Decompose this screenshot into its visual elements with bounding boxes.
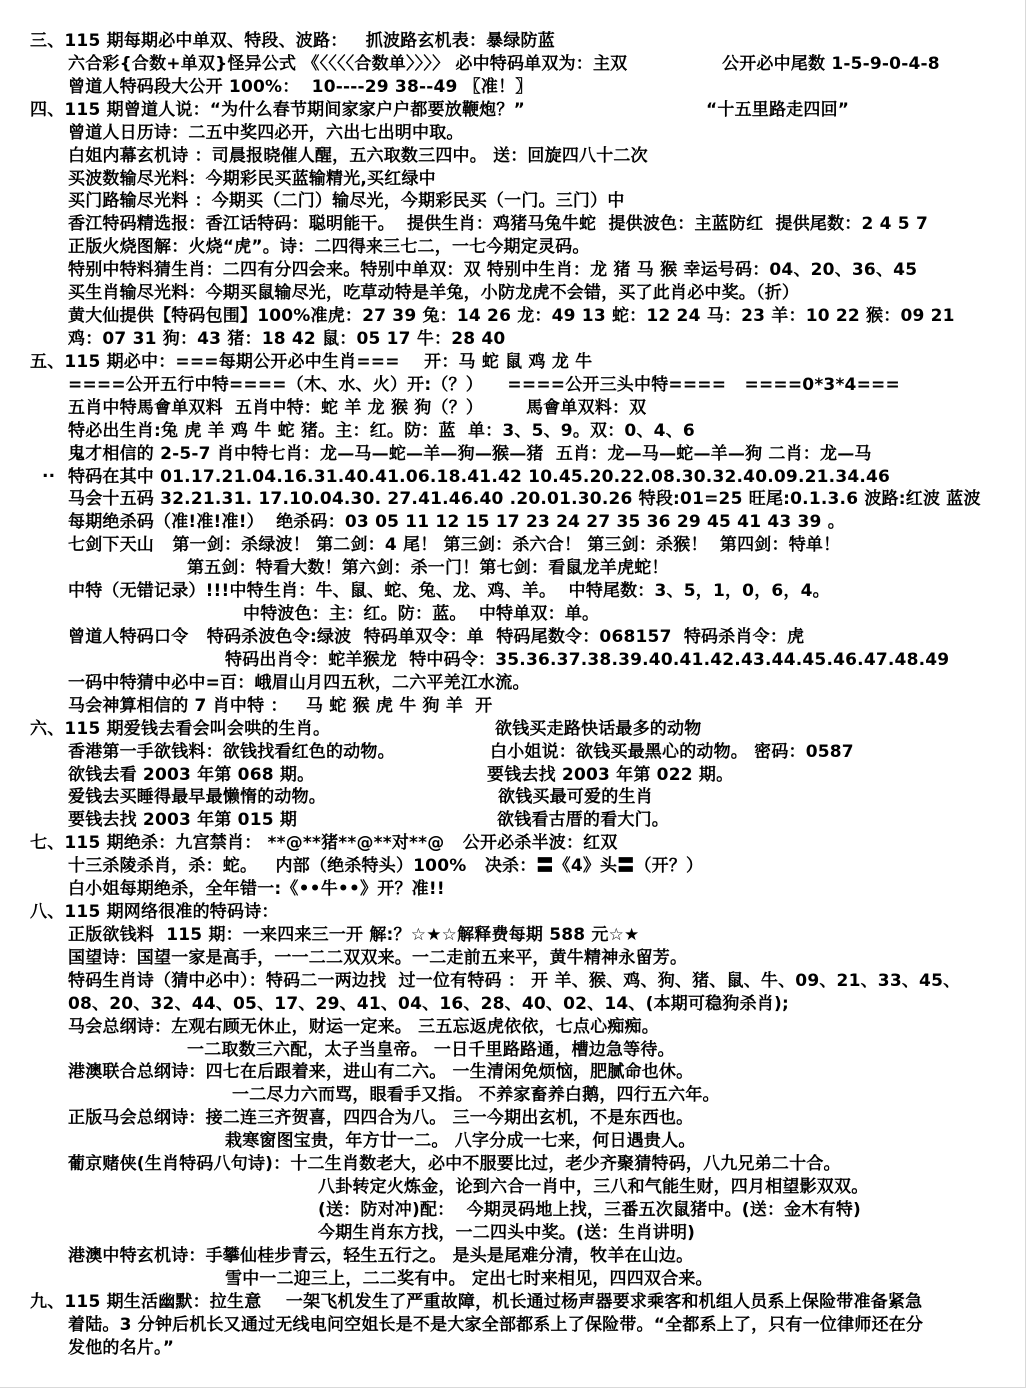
text-line: 五、115 期必中：===每期公开必中生肖=== 开：马 蛇 鼠 鸡 龙 牛 — [0, 347, 1025, 370]
text-segment: 马会十五码 32.21.31. 17.10.04.30. 27.41.46.40… — [68, 484, 981, 509]
text-segment: 国望诗：国望一家是高手，一一二二双双来。一二走前五来平，黄牛精神永留芳。 — [68, 943, 687, 968]
text-segment: 爱钱去买睡得最早最懒惰的动物。 — [68, 782, 326, 807]
text-line: 一二取数三六配，太子当皇帝。 一日千里路路通，槽边急等待。 — [0, 1035, 1025, 1058]
text-line: 葡京赌侠(生肖特码八句诗)：十二生肖数老大，必中不服要比过，老少齐聚猜特码，八九… — [0, 1149, 1025, 1172]
text-segment: 买波数输尽光料：今期彩民买蓝输精光,买红绿中 — [68, 164, 436, 189]
text-line: 八卦转定火炼金，论到六合一肖中，三八和气能生财，四月相望影双双。 — [0, 1172, 1025, 1195]
text-segment: 今期生肖东方找，一二四头中奖。(送：生肖讲明) — [318, 1218, 695, 1243]
text-line: 国望诗：国望一家是高手，一一二二双双来。一二走前五来平，黄牛精神永留芳。 — [0, 943, 1025, 966]
text-segment: 马会神算相信的 7 肖中特 ： 马 蛇 猴 虎 牛 狗 羊 开 — [68, 691, 493, 716]
text-line: 一码中特猜中必中=百：峨眉山月四五秋，二六平羌江水流。 — [0, 668, 1025, 691]
text-segment: 特码在其中 01.17.21.04.16.31.40.41.06.18.41.4… — [68, 462, 890, 487]
text-line: 中特（无错记录）!!!中特生肖：牛、鼠、蛇、兔、龙、鸡、羊。 中特尾数：3、5，… — [0, 576, 1025, 599]
text-segment: 中特（无错记录）!!!中特生肖：牛、鼠、蛇、兔、龙、鸡、羊。 中特尾数：3、5，… — [68, 576, 830, 601]
text-line: 买门路输尽光料 ：今期买（二门）输尽光，今期彩民买（一门。三门）中 — [0, 186, 1025, 209]
text-line: 雪中一二迎三上，二二奖有中。 定出七时来相见，四四双合来。 — [0, 1264, 1025, 1287]
text-line: 鬼才相信的 2-5-7 肖中特七肖：龙—马—蛇—羊—狗—猴—猪 五肖：龙—马—蛇… — [0, 439, 1025, 462]
text-line: 栽寒窗图宝贵，年方廿一二。 八字分成一七来，何日遇贵人。 — [0, 1126, 1025, 1149]
text-segment: 港澳中特玄机诗：手攀仙桂步青云，轻生五行之。 是头是尾难分清，牧羊在山边。 — [68, 1241, 693, 1266]
text-segment: 十三杀陵杀肖，杀：蛇。 内部（绝杀特头）100% 决杀：〓《4》头〓（开？） — [68, 851, 703, 876]
text-line: 中特波色：主：红。防：蓝。 中特单双：单。 — [0, 599, 1025, 622]
text-segment: 八卦转定火炼金，论到六合一肖中，三八和气能生财，四月相望影双双。 — [318, 1172, 868, 1197]
text-line: 着陆。3 分钟后机长又通过无线电问空姐长是不是大家全部都系上了保险带。“全都系上… — [0, 1310, 1025, 1333]
text-line: 特码出肖令：蛇羊猴龙 特中码令：35.36.37.38.39.40.41.42.… — [0, 645, 1025, 668]
text-segment: 着陆。3 分钟后机长又通过无线电问空姐长是不是大家全部都系上了保险带。“全都系上… — [68, 1310, 923, 1335]
text-line: 正版马会总纲诗：接二连三齐贺喜，四四合为八。 三一今期出玄机，不是东西也。 — [0, 1103, 1025, 1126]
text-line: 三、115 期每期必中单双、特段、波路： 抓波路玄机表：暴绿防蓝 — [0, 26, 1025, 49]
document-body: 三、115 期每期必中单双、特段、波路： 抓波路玄机表：暴绿防蓝六合彩{合数+单… — [0, 26, 1025, 1355]
text-line: 五肖中特馬會单双料 五肖中特：蛇 羊 龙 猴 狗（？） 馬會单双料：双 — [0, 393, 1025, 416]
text-line: 发他的名片。” — [0, 1333, 1025, 1356]
text-line: 鸡：07 31 狗：43 猪：18 42 鼠：05 17 牛：28 40 — [0, 324, 1025, 347]
text-line: 港澳联合总纲诗：四七在后跟着来，进山有二六。 一生清闲免烦恼，肥腻命也休。 — [0, 1057, 1025, 1080]
text-segment: 七、115 期绝杀：九宫禁肖： **@**猪**@**对**@ 公开必杀半波：红… — [30, 828, 618, 853]
text-segment: 白小姐说：欲钱买最黑心的动物。 密码：0587 — [490, 737, 854, 762]
text-segment: 一二取数三六配，太子当皇帝。 一日千里路路通，槽边急等待。 — [187, 1035, 675, 1060]
text-line: 曾道人特码段大公开 100%： 10----29 38--49 〖准！〗 — [0, 72, 1025, 95]
text-line: 白小姐每期绝杀，全年错一:《••牛••》开？准!! — [0, 874, 1025, 897]
text-segment: 五、115 期必中：===每期公开必中生肖=== 开：马 蛇 鼠 鸡 龙 牛 — [30, 347, 592, 372]
text-segment: 鸡：07 31 狗：43 猪：18 42 鼠：05 17 牛：28 40 — [68, 324, 505, 349]
text-segment: 08、20、32、44、05、17、29、41、04、16、28、40、02、1… — [68, 989, 789, 1014]
text-line: 香港第一手欲钱料：欲钱找看红色的动物。白小姐说：欲钱买最黑心的动物。 密码：05… — [0, 737, 1025, 760]
text-line: 白姐内幕玄机诗 ：司晨报晓催人醒，五六取数三四中。 送：回旋四八十二次 — [0, 141, 1025, 164]
text-segment: 买门路输尽光料 ：今期买（二门）输尽光，今期彩民买（一门。三门）中 — [68, 186, 625, 211]
text-line: 特必出生肖:兔 虎 羊 鸡 牛 蛇 猪。主：红。防：蓝 单：3、5、9。双：0、… — [0, 416, 1025, 439]
text-line: 要钱去找 2003 年第 015 期欲钱看古厝的看大门。 — [0, 805, 1025, 828]
text-line: 黄大仙提供【特码包围】100%准虎：27 39 兔：14 26 龙：49 13 … — [0, 301, 1025, 324]
text-line: ====公开五行中特====（木、水、火）开:（？） ====公开三头中特===… — [0, 370, 1025, 393]
text-line: 马会神算相信的 7 肖中特 ： 马 蛇 猴 虎 牛 狗 羊 开 — [0, 691, 1025, 714]
text-segment: 发他的名片。” — [68, 1333, 174, 1358]
text-segment: 雪中一二迎三上，二二奖有中。 定出七时来相见，四四双合来。 — [225, 1264, 713, 1289]
text-segment: 黄大仙提供【特码包围】100%准虎：27 39 兔：14 26 龙：49 13 … — [68, 301, 955, 326]
text-segment: 特别中特料猜生肖：二四有分四会来。特别中单双：双 特别中生肖：龙 猪 马 猴 幸… — [68, 255, 917, 280]
text-segment: 特码出肖令：蛇羊猴龙 特中码令：35.36.37.38.39.40.41.42.… — [225, 645, 949, 670]
text-line: 八、115 期网络很准的特码诗： — [0, 897, 1025, 920]
text-segment: 曾道人特码段大公开 100%： 10----29 38--49 〖准！〗 — [68, 72, 532, 97]
text-segment: 栽寒窗图宝贵，年方廿一二。 八字分成一七来，何日遇贵人。 — [225, 1126, 696, 1151]
lottery-tip-sheet: 三、115 期每期必中单双、特段、波路： 抓波路玄机表：暴绿防蓝六合彩{合数+单… — [0, 0, 1026, 1388]
text-segment: 四、115 期曾道人说：“为什么春节期间家家户户都要放鞭炮？” — [30, 95, 525, 120]
text-line: 六、115 期爱钱去看会叫会哄的生肖。欲钱买走路快话最多的动物 — [0, 714, 1025, 737]
text-line: 马会十五码 32.21.31. 17.10.04.30. 27.41.46.40… — [0, 484, 1025, 507]
text-segment: 要钱去找 2003 年第 022 期。 — [487, 760, 733, 785]
text-segment: 欲钱买最可爱的生肖 — [498, 782, 653, 807]
text-segment: 五肖中特馬會单双料 五肖中特：蛇 羊 龙 猴 狗（？） 馬會单双料：双 — [68, 393, 646, 418]
text-segment: 第五剑：特看大数！第六剑：杀一门！第七剑：看鼠龙羊虎蛇！ — [187, 553, 669, 578]
text-segment: 每期绝杀码（准!准!准!） 绝杀码：03 05 11 12 15 17 23 2… — [68, 507, 845, 532]
text-segment: 香江特码精选报：香江话特码：聪明能干。 提供生肖：鸡猪马兔牛蛇 提供波色：主蓝防… — [68, 209, 928, 234]
text-line: 08、20、32、44、05、17、29、41、04、16、28、40、02、1… — [0, 989, 1025, 1012]
text-line: ..特码在其中 01.17.21.04.16.31.40.41.06.18.41… — [0, 462, 1025, 485]
text-line: 特码生肖诗（猜中必中）：特码二一两边找 过一位有特码 ： 开 羊、猴、鸡、狗、猪… — [0, 966, 1025, 989]
text-segment: 要钱去找 2003 年第 015 期 — [68, 805, 297, 830]
text-segment: 特码生肖诗（猜中必中）：特码二一两边找 过一位有特码 ： 开 羊、猴、鸡、狗、猪… — [68, 966, 960, 991]
text-segment: 公开必中尾数 1-5-9-0-4-8 — [722, 49, 940, 74]
text-line: 每期绝杀码（准!准!准!） 绝杀码：03 05 11 12 15 17 23 2… — [0, 507, 1025, 530]
text-line: 十三杀陵杀肖，杀：蛇。 内部（绝杀特头）100% 决杀：〓《4》头〓（开？） — [0, 851, 1025, 874]
text-segment: 三、115 期每期必中单双、特段、波路： 抓波路玄机表：暴绿防蓝 — [30, 26, 555, 51]
text-segment: 八、115 期网络很准的特码诗： — [30, 897, 279, 922]
text-line: 九、115 期生活幽默：拉生意 一架飞机发生了严重故障，机长通过杨声器要求乘客和… — [0, 1287, 1025, 1310]
text-segment: 买生肖输尽光料：今期买鼠输尽光，吃草动特是羊兔，小防龙虎不会错，买了此肖必中奖。… — [68, 278, 799, 303]
text-line: 正版火烧图解：火烧“虎”。诗：二四得来三七二，一七今期定灵码。 — [0, 232, 1025, 255]
text-segment: 中特波色：主：红。防：蓝。 中特单双：单。 — [243, 599, 599, 624]
text-segment: 曾道人日历诗：二五中奖四必开，六出七出明中取。 — [68, 118, 464, 143]
text-segment: 正版欲钱料 115 期：一来四来三一开 解:？☆★☆解释费每期 588 元☆★ — [68, 920, 639, 945]
text-line: 四、115 期曾道人说：“为什么春节期间家家户户都要放鞭炮？”“十五里路走四回” — [0, 95, 1025, 118]
text-line: 买波数输尽光料：今期彩民买蓝输精光,买红绿中 — [0, 164, 1025, 187]
text-line: 爱钱去买睡得最早最懒惰的动物。欲钱买最可爱的生肖 — [0, 782, 1025, 805]
text-segment: 欲钱买走路快话最多的动物 — [495, 714, 701, 739]
text-segment: 六、115 期爱钱去看会叫会哄的生肖。 — [30, 714, 330, 739]
text-segment: 鬼才相信的 2-5-7 肖中特七肖：龙—马—蛇—羊—狗—猴—猪 五肖：龙—马—蛇… — [68, 439, 872, 464]
text-segment: 港澳联合总纲诗：四七在后跟着来，进山有二六。 一生清闲免烦恼，肥腻命也休。 — [68, 1057, 693, 1082]
text-segment: 九、115 期生活幽默：拉生意 一架飞机发生了严重故障，机长通过杨声器要求乘客和… — [30, 1287, 922, 1312]
text-line: 马会总纲诗：左观右顾无休止，财运一定来。 三五忘返虎依依，七点心痴痴。 — [0, 1012, 1025, 1035]
text-line: (送：防对冲)配： 今期灵码地上找，三番五次鼠猪中。(送：金木有特) — [0, 1195, 1025, 1218]
text-line: 正版欲钱料 115 期：一来四来三一开 解:？☆★☆解释费每期 588 元☆★ — [0, 920, 1025, 943]
text-segment: 一二尽力六而骂，眼看手又指。 不养家畜养白鹅，四行五六年。 — [232, 1080, 720, 1105]
text-line: 第五剑：特看大数！第六剑：杀一门！第七剑：看鼠龙羊虎蛇！ — [0, 553, 1025, 576]
text-segment: 七剑下天山 第一剑：杀绿波！ 第二剑：4 尾！ 第三剑：杀六合！ 第三剑：杀猴！… — [68, 530, 840, 555]
text-line: 香江特码精选报：香江话特码：聪明能干。 提供生肖：鸡猪马兔牛蛇 提供波色：主蓝防… — [0, 209, 1025, 232]
text-segment: 葡京赌侠(生肖特码八句诗)：十二生肖数老大，必中不服要比过，老少齐聚猜特码，八九… — [68, 1149, 841, 1174]
text-segment: ====公开五行中特====（木、水、火）开:（？） ====公开三头中特===… — [68, 370, 900, 395]
text-segment: 曾道人特码口令 特码杀波色令:绿波 特码单双令：单 特码尾数令：068157 特… — [68, 622, 804, 647]
text-segment: .. — [42, 462, 55, 482]
text-line: 港澳中特玄机诗：手攀仙桂步青云，轻生五行之。 是头是尾难分清，牧羊在山边。 — [0, 1241, 1025, 1264]
text-line: 七、115 期绝杀：九宫禁肖： **@**猪**@**对**@ 公开必杀半波：红… — [0, 828, 1025, 851]
text-segment: 正版火烧图解：火烧“虎”。诗：二四得来三七二，一七今期定灵码。 — [68, 232, 590, 257]
text-line: 六合彩{合数+单双}怪异公式 《〈〈〈〈合数单〉〉〉〉 必中特码单双为：主双公开… — [0, 49, 1025, 72]
text-line: 七剑下天山 第一剑：杀绿波！ 第二剑：4 尾！ 第三剑：杀六合！ 第三剑：杀猴！… — [0, 530, 1025, 553]
text-segment: 一码中特猜中必中=百：峨眉山月四五秋，二六平羌江水流。 — [68, 668, 530, 693]
text-line: 曾道人特码口令 特码杀波色令:绿波 特码单双令：单 特码尾数令：068157 特… — [0, 622, 1025, 645]
text-line: 一二尽力六而骂，眼看手又指。 不养家畜养白鹅，四行五六年。 — [0, 1080, 1025, 1103]
text-line: 欲钱去看 2003 年第 068 期。要钱去找 2003 年第 022 期。 — [0, 760, 1025, 783]
text-segment: “十五里路走四回” — [706, 95, 849, 120]
text-line: 买生肖输尽光料：今期买鼠输尽光，吃草动特是羊兔，小防龙虎不会错，买了此肖必中奖。… — [0, 278, 1025, 301]
text-segment: (送：防对冲)配： 今期灵码地上找，三番五次鼠猪中。(送：金木有特) — [318, 1195, 861, 1220]
text-segment: 正版马会总纲诗：接二连三齐贺喜，四四合为八。 三一今期出玄机，不是东西也。 — [68, 1103, 693, 1128]
text-segment: 马会总纲诗：左观右顾无休止，财运一定来。 三五忘返虎依依，七点心痴痴。 — [68, 1012, 659, 1037]
text-segment: 香港第一手欲钱料：欲钱找看红色的动物。 — [68, 737, 395, 762]
text-segment: 六合彩{合数+单双}怪异公式 《〈〈〈〈合数单〉〉〉〉 必中特码单双为：主双 — [68, 49, 627, 74]
text-segment: 特必出生肖:兔 虎 羊 鸡 牛 蛇 猪。主：红。防：蓝 单：3、5、9。双：0、… — [68, 416, 695, 441]
text-line: 今期生肖东方找，一二四头中奖。(送：生肖讲明) — [0, 1218, 1025, 1241]
text-line: 特别中特料猜生肖：二四有分四会来。特别中单双：双 特别中生肖：龙 猪 马 猴 幸… — [0, 255, 1025, 278]
text-segment: 欲钱看古厝的看大门。 — [497, 805, 669, 830]
text-segment: 白姐内幕玄机诗 ：司晨报晓催人醒，五六取数三四中。 送：回旋四八十二次 — [68, 141, 648, 166]
text-segment: 欲钱去看 2003 年第 068 期。 — [68, 760, 314, 785]
text-segment: 白小姐每期绝杀，全年错一:《••牛••》开？准!! — [68, 874, 445, 899]
text-line: 曾道人日历诗：二五中奖四必开，六出七出明中取。 — [0, 118, 1025, 141]
